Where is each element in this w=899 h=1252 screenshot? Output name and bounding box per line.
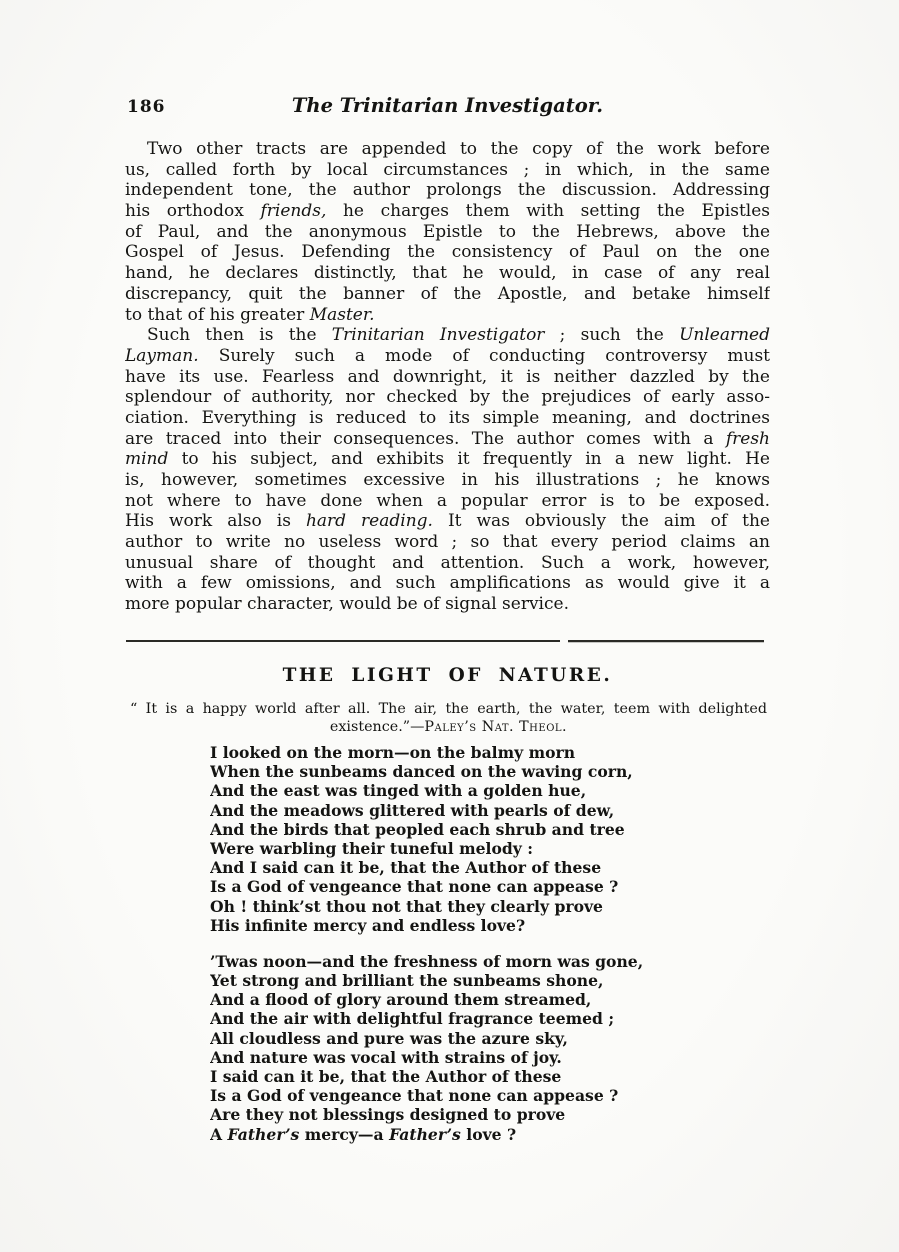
poem-line: I looked on the morn—on the balmy morn bbox=[210, 743, 770, 762]
italic-text: Master. bbox=[310, 305, 375, 325]
poem-line: All cloudless and pure was the azure sky… bbox=[210, 1029, 770, 1048]
text-line: hand, he declares distinctly, that he wo… bbox=[125, 263, 770, 284]
poem-line: I said can it be, that the Author of the… bbox=[210, 1067, 770, 1086]
epigraph: “ It is a happy world after all. The air… bbox=[130, 701, 767, 736]
text-line: is, however, sometimes excessive in his … bbox=[125, 470, 770, 491]
text-line: mind to his subject, and exhibits it fre… bbox=[125, 449, 770, 470]
poem-line: Is a God of vengeance that none can appe… bbox=[210, 877, 770, 896]
epigraph-attribution: existence.”—Paley’s Nat. Theol. bbox=[130, 719, 767, 737]
italic-text: Trinitarian Investigator bbox=[332, 325, 545, 345]
poem-line: Were warbling their tuneful melody : bbox=[210, 839, 770, 858]
text-line: with a few omissions, and such amplifica… bbox=[125, 573, 770, 594]
italic-text: friends, bbox=[260, 201, 326, 221]
section-divider-rule bbox=[126, 640, 560, 642]
poem-line: Oh ! think’st thou not that they clearly… bbox=[210, 897, 770, 916]
italic-text: Layman. bbox=[125, 346, 199, 366]
text-line: Gospel of Jesus. Defending the consisten… bbox=[125, 242, 770, 263]
paragraph: Two other tracts are appended to the cop… bbox=[125, 139, 770, 325]
text-line: discrepancy, quit the banner of the Apos… bbox=[125, 284, 770, 305]
section-title: THE LIGHT OF NATURE. bbox=[125, 665, 770, 686]
poem-line: And the air with delightful fragrance te… bbox=[210, 1009, 770, 1028]
text-line: Layman. Surely such a mode of conducting… bbox=[125, 346, 770, 367]
text-line: unusual share of thought and attention. … bbox=[125, 553, 770, 574]
poem-line: When the sunbeams danced on the waving c… bbox=[210, 762, 770, 781]
poem-line: And I said can it be, that the Author of… bbox=[210, 858, 770, 877]
poem-line: ’Twas noon—and the freshness of morn was… bbox=[210, 952, 770, 971]
text-line: are traced into their consequences. The … bbox=[125, 429, 770, 450]
small-caps-text: Paley’s Nat. Theol. bbox=[424, 719, 567, 735]
poem-stanza: I looked on the morn—on the balmy mornWh… bbox=[210, 743, 770, 935]
poem-line: Is a God of vengeance that none can appe… bbox=[210, 1086, 770, 1105]
text-line: have its use. Fearless and downright, it… bbox=[125, 367, 770, 388]
text-line: to that of his greater Master. bbox=[125, 305, 770, 326]
text-line: His work also is hard reading. It was ob… bbox=[125, 511, 770, 532]
review-article-body: Two other tracts are appended to the cop… bbox=[125, 139, 770, 615]
paragraph: Such then is the Trinitarian Investigato… bbox=[125, 325, 770, 615]
poem-line: Are they not blessings designed to prove bbox=[210, 1105, 770, 1124]
poem: I looked on the morn—on the balmy mornWh… bbox=[210, 743, 770, 1144]
text-line: independent tone, the author prolongs th… bbox=[125, 180, 770, 201]
text-line: of Paul, and the anonymous Epistle to th… bbox=[125, 222, 770, 243]
poem-line: His infinite mercy and endless love? bbox=[210, 916, 770, 935]
poem-line: A Father’s mercy—a Father’s love ? bbox=[210, 1125, 770, 1144]
italic-text: fresh bbox=[726, 429, 770, 449]
text-line: author to write no useless word ; so tha… bbox=[125, 532, 770, 553]
text-line: splendour of authority, nor checked by t… bbox=[125, 387, 770, 408]
italic-text: Unlearned bbox=[679, 325, 770, 345]
text-line: ciation. Everything is reduced to its si… bbox=[125, 408, 770, 429]
italic-text: Father’s bbox=[228, 1125, 300, 1144]
section-divider-rule bbox=[568, 640, 764, 642]
poem-line: And a flood of glory around them streame… bbox=[210, 990, 770, 1009]
text-line: more popular character, would be of sign… bbox=[125, 594, 770, 615]
italic-text: mind bbox=[125, 449, 168, 469]
poem-line: And the birds that peopled each shrub an… bbox=[210, 820, 770, 839]
poem-line: And the east was tinged with a golden hu… bbox=[210, 781, 770, 800]
running-head: The Trinitarian Investigator. bbox=[125, 94, 770, 117]
text-line: his orthodox friends, he charges them wi… bbox=[125, 201, 770, 222]
text-line: us, called forth by local circumstances … bbox=[125, 160, 770, 181]
poem-stanza: ’Twas noon—and the freshness of morn was… bbox=[210, 952, 770, 1144]
italic-text: Father’s bbox=[389, 1125, 461, 1144]
italic-text: hard reading. bbox=[306, 511, 433, 531]
poem-line: Yet strong and brilliant the sunbeams sh… bbox=[210, 971, 770, 990]
poem-line: And nature was vocal with strains of joy… bbox=[210, 1048, 770, 1067]
text-line: Two other tracts are appended to the cop… bbox=[125, 139, 770, 160]
text-line: Such then is the Trinitarian Investigato… bbox=[125, 325, 770, 346]
poem-line: And the meadows glittered with pearls of… bbox=[210, 801, 770, 820]
epigraph-line: “ It is a happy world after all. The air… bbox=[130, 701, 767, 719]
scanned-book-page: 186 The Trinitarian Investigator. Two ot… bbox=[0, 0, 899, 1252]
text-line: not where to have done when a popular er… bbox=[125, 491, 770, 512]
